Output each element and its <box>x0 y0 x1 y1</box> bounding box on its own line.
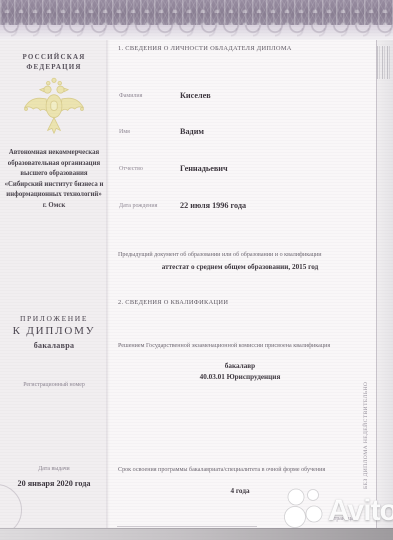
doc-type-line1: ПРИЛОЖЕНИЕ <box>0 314 108 323</box>
page-divider-shadow <box>106 40 110 528</box>
qualification-label: Решением Государственной экзаменационной… <box>118 343 370 349</box>
document-type-block: ПРИЛОЖЕНИЕ К ДИПЛОМУ бакалавра <box>0 314 108 350</box>
barcode-icon <box>377 46 391 79</box>
qualification-specialty: 40.03.01 Юриспруденция <box>118 373 362 381</box>
country-header: РОССИЙСКАЯ ФЕДЕРАЦИЯ <box>0 52 108 72</box>
avito-watermark: Avito <box>284 487 393 534</box>
russian-coat-of-arms-icon <box>18 76 90 147</box>
patronymic-value: Геннадьевич <box>180 164 228 173</box>
firstname-label: Имя <box>119 129 130 135</box>
section1-title: 1. СВЕДЕНИЯ О ЛИЧНОСТИ ОБЛАДАТЕЛЯ ДИПЛОМ… <box>118 45 292 52</box>
page-fold-line <box>376 36 377 528</box>
registration-number-label: Регистрационный номер <box>14 381 94 390</box>
issue-date-label: Дата выдачи <box>0 466 108 472</box>
avito-wordmark: Avito <box>328 494 393 528</box>
study-period-label: Срок освоения программы бакалавриата/спе… <box>118 467 370 473</box>
qualification-degree: бакалавр <box>118 362 362 370</box>
degree-type: бакалавра <box>0 341 108 350</box>
surname-label: Фамилия <box>119 93 142 99</box>
birthdate-value: 22 июля 1996 года <box>180 201 246 210</box>
without-diploma-invalid-note: БЕЗ ДИПЛОМА НЕДЕЙСТВИТЕЛЬНО <box>363 399 369 489</box>
patronymic-label: Отчество <box>119 166 143 172</box>
surname-value: Киселев <box>180 91 211 100</box>
guilloche-border-band <box>0 0 393 25</box>
blank-signature-line <box>117 526 257 527</box>
doc-type-line2: К ДИПЛОМУ <box>0 325 108 337</box>
birthdate-label: Дата рождения <box>119 203 157 209</box>
issue-date-value: 20 января 2020 года <box>0 479 108 488</box>
firstname-value: Вадим <box>180 127 204 136</box>
avito-logo-icon <box>284 487 326 534</box>
previous-education-label: Предыдущий документ об образовании или о… <box>118 252 370 258</box>
page-edge-sliver <box>376 0 393 528</box>
guilloche-wave-band <box>0 25 393 40</box>
diploma-supplement-photo: { "left_page": { "country_header": "РОСС… <box>0 0 393 540</box>
institution-name: Автономная некоммерческая образовательна… <box>3 148 105 211</box>
section2-title: 2. СВЕДЕНИЯ О КВАЛИФИКАЦИИ <box>118 299 228 306</box>
previous-education-value: аттестат о среднем общем образовании, 20… <box>118 263 362 271</box>
